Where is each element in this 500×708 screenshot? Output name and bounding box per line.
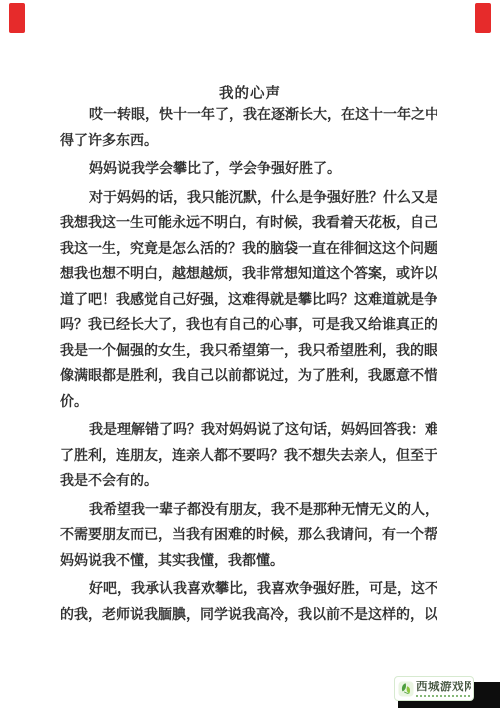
text-line: 我想我这一生可能永远不明白，有时候，我看着天花板，自己问自己： — [60, 210, 437, 236]
text-line: 我是一个倔强的女生，我只希望第一，我只希望胜利，我的眼睛里好 — [60, 338, 437, 364]
paragraph: 妈妈说我学会攀比了，学会争强好胜了。 — [60, 156, 437, 182]
watermark-site-name: 西城游戏网 — [416, 681, 471, 694]
paragraph: 我希望我一辈子都没有朋友，我不是那种无情无义的人，我只是不需要朋友而已，当我有困… — [60, 497, 437, 574]
text-line: 了胜利，连朋友，连亲人都不要吗？我不想失去亲人，但至于朋友， — [60, 443, 437, 469]
text-line: 对于妈妈的话，我只能沉默，什么是争强好胜？什么又是攀比？ — [60, 185, 437, 211]
text-line: 不需要朋友而已，当我有困难的时候，那么我请问，有一个帮我的吗？ — [60, 522, 437, 548]
text-line: 哎一转眼，快十一年了，我在逐渐长大，在这十一年之中，我懂 — [60, 102, 437, 128]
text-line: 妈妈说我不懂，其实我懂，我都懂。 — [60, 548, 437, 574]
paragraph: 对于妈妈的话，我只能沉默，什么是争强好胜？什么又是攀比？我想我这一生可能永远不明… — [60, 185, 437, 415]
text-line: 吗？我已经长大了，我也有自己的心事，可是我又给谁真正的说过？ — [60, 312, 437, 338]
text-line: 想我也想不明白，越想越烦，我非常想知道这个答案，或许以后就知 — [60, 261, 437, 287]
watermark-leaf-icon — [398, 681, 414, 697]
document-page: 我的心声 哎一转眼，快十一年了，我在逐渐长大，在这十一年之中，我懂得了许多东西。… — [0, 0, 500, 708]
red-stamp-top-right — [475, 3, 491, 33]
text-line: 价。 — [60, 389, 437, 415]
paragraph: 我是理解错了吗？我对妈妈说了这句话，妈妈回答我：难道你为了胜利，连朋友，连亲人都… — [60, 417, 437, 494]
text-line: 妈妈说我学会攀比了，学会争强好胜了。 — [60, 156, 437, 182]
watermark-subtitle-line — [416, 695, 470, 697]
text-line: 像满眼都是胜利，我自己以前都说过，为了胜利，我愿意不惜一切代 — [60, 363, 437, 389]
text-line: 我是不会有的。 — [60, 468, 437, 494]
text-line: 得了许多东西。 — [60, 128, 437, 154]
watermark: 西城游戏网 — [394, 676, 474, 701]
paragraph: 哎一转眼，快十一年了，我在逐渐长大，在这十一年之中，我懂得了许多东西。 — [60, 102, 437, 153]
text-line: 的我，老师说我腼腆，同学说我高冷，我以前不是这样的，以前的我 — [60, 602, 437, 628]
watermark-text-group: 西城游戏网 — [416, 681, 471, 697]
paragraph: 好吧，我承认我喜欢攀比，我喜欢争强好胜，可是，这不是真正的我，老师说我腼腆，同学… — [60, 576, 437, 627]
text-line: 我这一生，究竟是怎么活的？我的脑袋一直在徘徊这这个问题，怎么 — [60, 236, 437, 262]
text-line: 我是理解错了吗？我对妈妈说了这句话，妈妈回答我：难道你为 — [60, 417, 437, 443]
essay-body: 哎一转眼，快十一年了，我在逐渐长大，在这十一年之中，我懂得了许多东西。妈妈说我学… — [60, 102, 437, 627]
essay-title: 我的心声 — [0, 82, 500, 103]
text-line: 我希望我一辈子都没有朋友，我不是那种无情无义的人，我只是 — [60, 497, 437, 523]
text-line: 道了吧！我感觉自己好强，这难得就是攀比吗？这难道就是争强好胜 — [60, 287, 437, 313]
text-line: 好吧，我承认我喜欢攀比，我喜欢争强好胜，可是，这不是真正 — [60, 576, 437, 602]
red-stamp-top-left — [9, 3, 25, 33]
